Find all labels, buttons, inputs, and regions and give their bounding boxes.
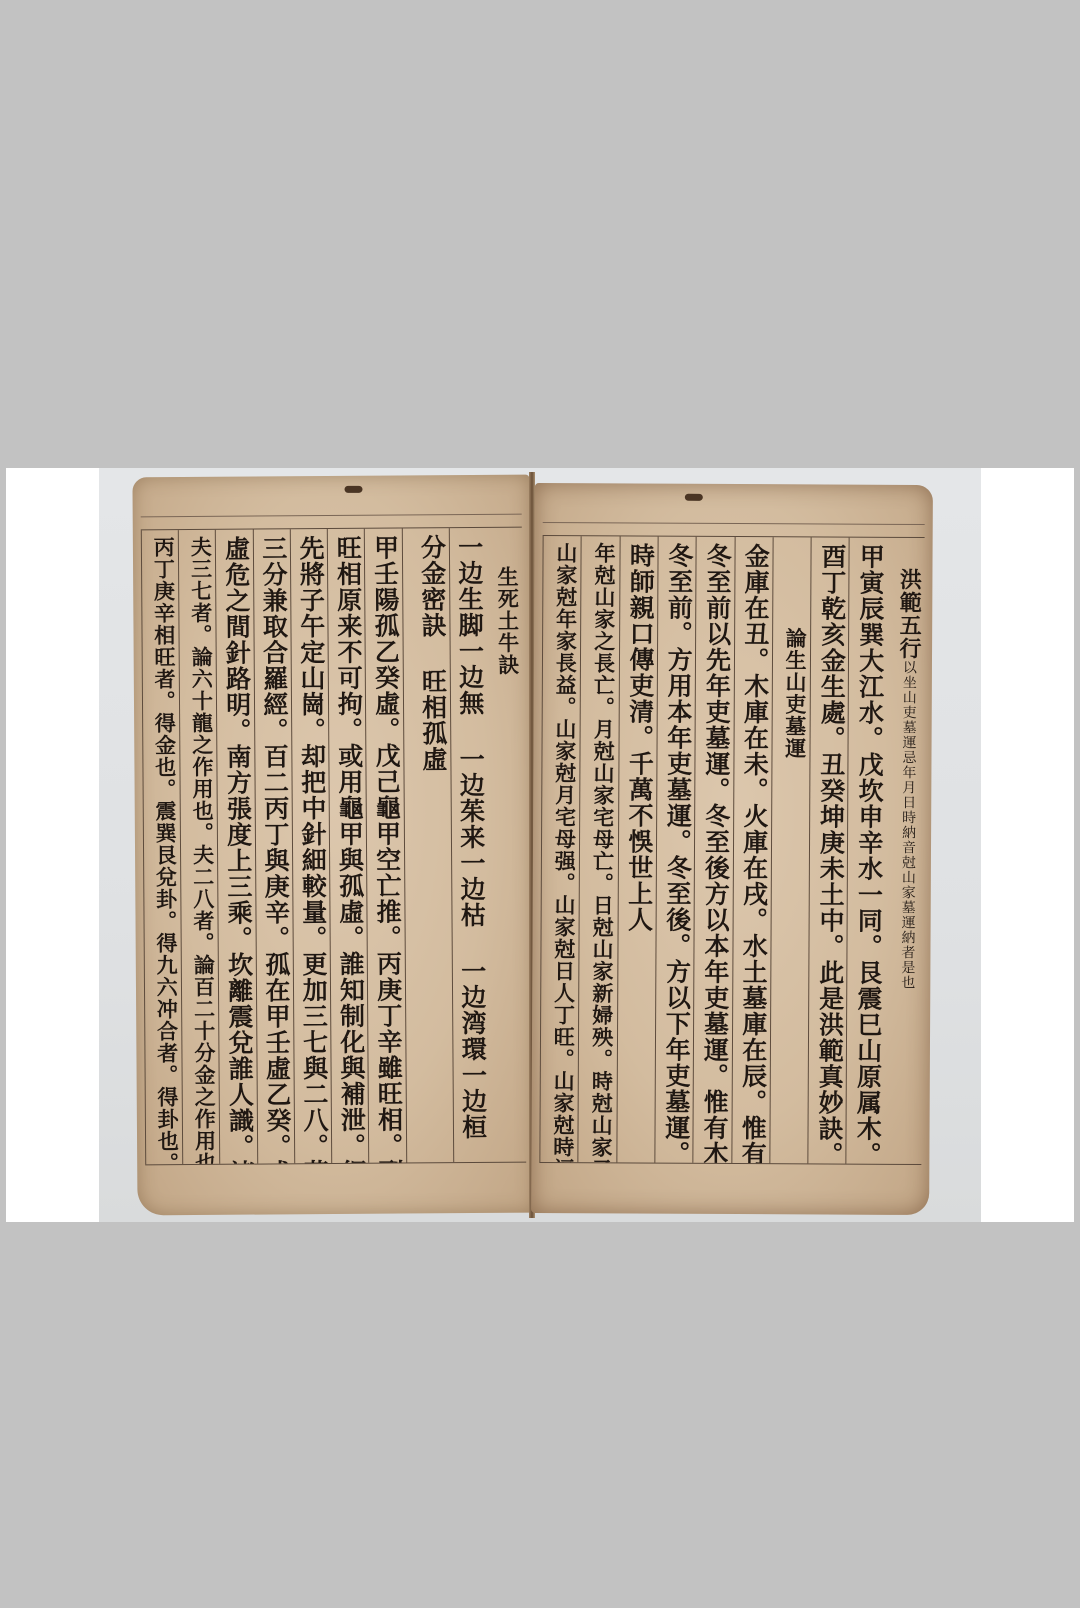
manuscript-photo: 生死土牛訣 一边生脚一边無 一边茱来一边枯 一边湾環一边桓 生边有穴死边無 分金… bbox=[99, 468, 981, 1222]
manuscript-column: 三分兼取合羅經。百二丙丁與庚辛。孤在甲壬虛乙癸。戊己空亡不堪詳 bbox=[252, 529, 294, 1163]
manuscript-column: 虛危之間針路明。南方張度上三乘。坎離震兌誰人識。諸錯分毫福災殃 bbox=[215, 530, 257, 1164]
binding-hole bbox=[344, 486, 362, 493]
manuscript-column: 年尅山家之長亡。月尅山家宅母亡。日尅山家新婦殃。時尅山家子孫殃 bbox=[578, 536, 620, 1162]
manuscript-column: 冬至前。方用本年吏墓運。冬至後。方以下年吏墓運。是也 bbox=[654, 537, 696, 1163]
ruled-frame: 洪範五行以坐山吏墓運忌年月日時納音尅山家墓運納者是也 甲寅辰巽大江水。戊坎申辛水… bbox=[539, 535, 924, 1165]
manuscript-column: 甲壬陽孤乙癸虛。戊己龜甲空亡推。丙庚丁辛雖旺相。刑冲丑害莫胡為 bbox=[364, 529, 406, 1163]
manuscript-title-column: 洪範五行以坐山吏墓運忌年月日時納音尅山家墓運納者是也 bbox=[884, 538, 925, 1164]
right-page: 洪範五行以坐山吏墓運忌年月日時納音尅山家墓運納者是也 甲寅辰巽大江水。戊坎申辛水… bbox=[531, 483, 933, 1215]
column-heading: 生死土牛訣 bbox=[486, 528, 527, 1162]
left-page: 生死土牛訣 一边生脚一边無 一边茱来一边枯 一边湾環一边桓 生边有穴死边無 分金… bbox=[132, 475, 534, 1216]
manuscript-column: 酉丁乾亥金生處。丑癸坤庚未土中。此是洪範真妙訣。時師能有幾人通 bbox=[807, 537, 849, 1163]
manuscript-column: 時師親口傳吏清。千萬不悞世上人 bbox=[616, 536, 658, 1162]
manuscript-column: 旺相原来不可拘。或用龜甲與孤虛。誰知制化與補泄。細從龍上早心推 bbox=[327, 529, 369, 1163]
manuscript-column: 金庫在丑。木庫在未。火庫在戌。水土墓庫在辰。惟有金山運不同 bbox=[731, 537, 773, 1163]
title-text: 洪範五行 bbox=[896, 568, 922, 660]
ruled-frame: 生死土牛訣 一边生脚一边無 一边茱来一边枯 一边湾環一边桓 生边有穴死边無 分金… bbox=[141, 527, 526, 1166]
manuscript-column: 夫三七者。論六十龍之作用也。夫二八者。論百二十分金之作用也。百二十分金者得 bbox=[178, 530, 220, 1164]
column-text: 分金密訣 旺相孤虛 bbox=[417, 534, 448, 772]
manuscript-column: 分金密訣 旺相孤虛 bbox=[401, 528, 452, 1162]
binding-hole bbox=[685, 494, 703, 501]
manuscript-column: 山家尅年家長益。山家尅月宅母强。山家尅日人丁旺。山家尅時福禄至 bbox=[539, 536, 581, 1162]
manuscript-column: 冬至前以先年吏墓運。冬至後方以本年吏墓運。惟有木火水土墓運 bbox=[693, 537, 735, 1163]
manuscript-column: 先將子午定山崗。却把中針細較量。更加三七與二八。莫與時師說短長 bbox=[290, 529, 332, 1163]
manuscript-column: 丙丁庚辛相旺者。得金也。震巽艮兌卦。得九六冲合者。得卦也。古云 bbox=[141, 530, 183, 1164]
photo-frame: 生死土牛訣 一边生脚一边無 一边茱来一边枯 一边湾環一边桓 生边有穴死边無 分金… bbox=[6, 468, 1074, 1222]
manuscript-column: 一边生脚一边無 一边茱来一边枯 一边湾環一边桓 生边有穴死边無 bbox=[448, 528, 490, 1162]
column-heading: 論生山吏墓運 bbox=[769, 537, 811, 1163]
manuscript-column: 甲寅辰巽大江水。戊坎申辛水一同。艮震巳山原属木。離壬丙乙火為宗 bbox=[846, 538, 888, 1164]
title-note: 以坐山吏墓運忌年月日時納音尅山家墓運納者是也 bbox=[899, 660, 917, 990]
